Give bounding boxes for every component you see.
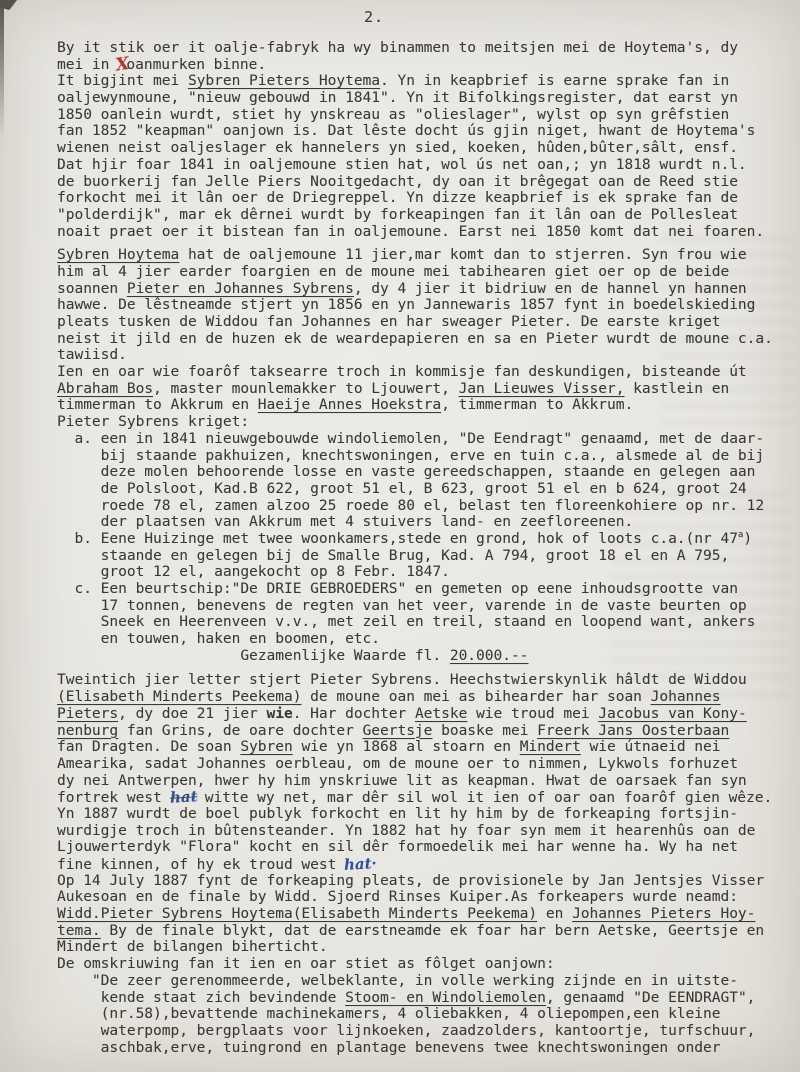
text-segment: Op 14 July 1887 fynt de forkeaping pleat…	[57, 873, 764, 889]
underlined-name: nenburg	[57, 723, 118, 739]
text-line: neist it jild en de huzen ek de weardepa…	[57, 331, 792, 348]
underlined-name: Stoom- en Windoliemolen	[345, 990, 546, 1006]
text-segment: . Har dochter	[293, 706, 415, 722]
text-segment: timmerman to Akkrum en	[57, 397, 258, 413]
text-segment: staande en gelegen bij de Smalle Brug, K…	[57, 548, 729, 564]
text-segment: By it stik oer it oalje-fabryk ha wy bin…	[57, 40, 738, 56]
text-segment: c. Een beurtschip:"De DRIE GEBROEDERS" e…	[57, 581, 738, 597]
text-segment: By de finale blykt, dat de earstneamde e…	[101, 923, 764, 939]
red-x-correction-mark: X	[115, 54, 131, 76]
underlined-name: Sybren Hoytema	[57, 247, 179, 263]
text-line: 17 tonnen, benevens de regten van het ve…	[57, 598, 792, 615]
text-segment: a. een in 1841 nieuwgebouwde windoliemol…	[57, 431, 764, 447]
text-segment: kende staat zich bevindende	[57, 990, 345, 1006]
text-segment: neist it jild en de huzen ek de weardepa…	[57, 331, 773, 347]
text-line: Op 14 July 1887 fynt de forkeaping pleat…	[57, 873, 792, 890]
text-line: It bigjint mei Sybren Pieters Hoytema. Y…	[57, 73, 792, 90]
text-segment: witte wy net, mar dêr sil wol it ien of …	[196, 790, 772, 806]
text-line: tawiisd.	[57, 347, 792, 364]
text-line: bij staande pakhuizen, knechtswoningen, …	[57, 448, 792, 465]
scan-edge-shadow	[0, 0, 4, 140]
text-segment: )	[743, 531, 752, 547]
text-line: Widd.Pieter Sybrens Hoytema(Elisabeth Mi…	[57, 906, 792, 923]
text-line: Abraham Bos, master mounlemakker to Ljou…	[57, 381, 792, 398]
text-line: Pieters, dy doe 21 jier wie. Har dochter…	[57, 706, 792, 723]
text-segment: De omskriuwing fan it ien en oar stiet a…	[57, 956, 555, 972]
underlined-name: Pieters	[57, 706, 118, 722]
text-segment: wie yn 1868 al stoarn en	[293, 739, 520, 755]
text-line: timmerman to Akkrum en Haeije Annes Hoek…	[57, 397, 792, 414]
text-line: mei in Xoanmurken binne.	[57, 57, 792, 74]
text-segment: pleats tusken de Widdou fan Johannes en …	[57, 314, 720, 330]
text-segment: Gezamenlijke Waarde fl.	[57, 648, 450, 664]
underlined-name: Jacobus van Kony-	[598, 706, 746, 722]
underlined-name: Jan Lieuwes Visser,	[459, 381, 625, 397]
text-segment: hawwe. De lêstneamde stjert yn 1856 en y…	[57, 297, 755, 313]
underlined-name: Sybren Pieters Hoytema	[188, 73, 380, 89]
text-segment: It bigjint mei	[57, 73, 188, 89]
text-segment: wurdigje troch in bûtensteander. Yn 1882…	[57, 823, 755, 839]
text-segment: Pieter Sybrens kriget:	[57, 414, 249, 430]
text-segment: waterpomp, bergplaats voor lijnkoeken, z…	[57, 1023, 755, 1039]
text-line: oaljewynmoune, "nieuw gebouwd in 1841". …	[57, 90, 792, 107]
text-segment: aschbak,erve, tuingrond en plantage bene…	[57, 1040, 720, 1056]
text-segment: de Polsloot, Kad.B 622, groot 51 el, B 6…	[57, 481, 747, 497]
text-segment: Yn 1887 wurdt de boel publyk forkocht en…	[57, 806, 738, 822]
text-line: "De zeer gerenommeerde, welbeklante, in …	[57, 973, 792, 990]
text-segment: oaljewynmoune, "nieuw gebouwd in 1841". …	[57, 90, 738, 106]
text-line: Gezamenlijke Waarde fl. 20.000.--	[57, 648, 792, 665]
text-segment: der plaatsen van Akkrum met 4 stuivers l…	[57, 514, 633, 530]
text-line: Yn 1887 wurdt de boel publyk forkocht en…	[57, 806, 792, 823]
text-segment: deze molen behoorende losse en vaste ger…	[57, 464, 755, 480]
text-line: "polderdijk", mar ek dêrnei wurdt by for…	[57, 207, 792, 224]
text-segment: him al 4 jier earder foargien en de moun…	[57, 264, 729, 280]
text-segment: de buorkerij fan Jelle Piers Nooitgedach…	[57, 174, 738, 190]
text-segment: de moune oan mei as bihearder har soan	[301, 689, 650, 705]
text-line: waterpomp, bergplaats voor lijnkoeken, z…	[57, 1023, 792, 1040]
text-line: Mindert de bilangen biherticht.	[57, 939, 792, 956]
text-segment: roede 78 el, zamen alzoo 25 roede 80 el,…	[57, 498, 764, 514]
text-line: Aukesoan en de finale by Widd. Sjoerd Ri…	[57, 889, 792, 906]
underlined-name: Aetske	[415, 706, 467, 722]
text-line: fan Dragten. De soan Sybren wie yn 1868 …	[57, 739, 792, 756]
text-segment: , master mounlemakker to Ljouwert,	[153, 381, 459, 397]
text-segment: wie troud mei	[467, 706, 598, 722]
text-line: Ien en oar wie foarôf taksearre troch in…	[57, 364, 792, 381]
text-line: (nr.58),bevattende machinekamers, 4 olie…	[57, 1006, 792, 1023]
text-segment: tawiisd.	[57, 347, 127, 363]
text-line: 1850 oanlein wurdt, stiet hy ynskreau as…	[57, 107, 792, 124]
text-segment: en	[537, 906, 572, 922]
page-number: 2.	[364, 8, 384, 26]
underlined-name: Geertsje	[363, 723, 433, 739]
underlined-name: Johannes	[651, 689, 721, 705]
text-line: aschbak,erve, tuingrond en plantage bene…	[57, 1040, 792, 1057]
text-segment: Mindert de bilangen biherticht.	[57, 939, 328, 955]
underlined-name: Johannes Pieters Hoy-	[572, 906, 755, 922]
text-line: Sneek en Heerenveen v.v., met zeil en tr…	[57, 614, 792, 631]
text-segment: hat de oaljemoune 11 jier,mar komt dan t…	[179, 247, 746, 263]
text-segment: Tweintich jier letter stjert Pieter Sybr…	[57, 672, 747, 688]
paragraph: By it stik oer it oalje-fabryk ha wy bin…	[57, 40, 792, 240]
text-segment: "polderdijk", mar ek dêrnei wurdt by for…	[57, 207, 738, 223]
text-segment: Amearika, sadat Johannes oerbleau, om de…	[57, 756, 738, 772]
text-line: nenburg fan Grins, de oare dochter Geert…	[57, 723, 792, 740]
text-segment: mei in	[57, 57, 118, 73]
text-line: Ljouwerterdyk "Flora" kocht en sil dêr f…	[57, 839, 792, 856]
text-segment: fortrek west	[57, 790, 171, 806]
text-line: Sybren Hoytema hat de oaljemoune 11 jier…	[57, 247, 792, 264]
text-line: dy nei Antwerpen, hwer hy him ynskriuwe …	[57, 773, 792, 790]
text-segment: Ien en oar wie foarôf taksearre troch in…	[57, 364, 747, 380]
handwritten-insertion: hat·	[344, 855, 378, 873]
text-line: groot 12 el, aangekocht op 8 Febr. 1847.	[57, 564, 792, 581]
text-line: Dat hjir foar 1841 in oaljemoune stien h…	[57, 157, 792, 174]
text-segment: dy nei Antwerpen, hwer hy him ynskriuwe …	[57, 773, 747, 789]
text-segment: "De zeer gerenommeerde, welbeklante, in …	[57, 973, 738, 989]
text-line: fan 1852 "keapman" oanjown is. Dat lêste…	[57, 123, 792, 140]
underlined-name: (Elisabeth Minderts Peekema)	[57, 689, 301, 705]
underlined-name: tema.	[57, 923, 101, 939]
text-segment: 17 tonnen, benevens de regten van het ve…	[57, 598, 747, 614]
text-segment: wie útnaeid nei	[581, 739, 721, 755]
text-line: By it stik oer it oalje-fabryk ha wy bin…	[57, 40, 792, 57]
text-line: c. Een beurtschip:"De DRIE GEBROEDERS" e…	[57, 581, 792, 598]
text-line: de Polsloot, Kad.B 622, groot 51 el, B 6…	[57, 481, 792, 498]
text-line: de buorkerij fan Jelle Piers Nooitgedach…	[57, 174, 792, 191]
text-segment: fan Dragten. De soan	[57, 739, 240, 755]
text-segment: fan 1852 "keapman" oanjown is. Dat lêste…	[57, 123, 755, 139]
text-segment: forkocht mei it lân oer de Driegreppel. …	[57, 190, 738, 206]
text-line: him al 4 jier earder foargien en de moun…	[57, 264, 792, 281]
text-line: staande en gelegen bij de Smalle Brug, K…	[57, 548, 792, 565]
text-line: der plaatsen van Akkrum met 4 stuivers l…	[57, 514, 792, 531]
underlined-name: Freerk Jans Oosterbaan	[537, 723, 729, 739]
text-segment: 1850 oanlein wurdt, stiet hy ynskreau as…	[57, 107, 729, 123]
text-segment: wienen neist oaljeslager ek hannelers yn…	[57, 140, 738, 156]
text-line: wurdigje troch in bûtensteander. Yn 1882…	[57, 823, 792, 840]
paragraph: Sybren Hoytema hat de oaljemoune 11 jier…	[57, 247, 792, 664]
text-line: tema. By de finale blykt, dat de earstne…	[57, 923, 792, 940]
text-segment: fan Grins, de oare dochter	[118, 723, 362, 739]
underlined-name: Haeije Annes Hoekstra	[258, 397, 441, 413]
text-line: hawwe. De lêstneamde stjert yn 1856 en y…	[57, 297, 792, 314]
document-body: By it stik oer it oalje-fabryk ha wy bin…	[57, 40, 792, 1056]
text-line: soannen Pieter en Johannes Sybrens, dy 4…	[57, 281, 792, 298]
text-segment: , timmerman to Akkrum.	[441, 397, 633, 413]
underlined-name: Widd.Pieter Sybrens Hoytema(Elisabeth Mi…	[57, 906, 537, 922]
text-segment: en touwen, haken en boomen, etc.	[57, 631, 380, 647]
underlined-name: Pieter en Johannes Sybrens	[127, 281, 354, 297]
text-segment: wie	[267, 706, 293, 722]
text-line: Amearika, sadat Johannes oerbleau, om de…	[57, 756, 792, 773]
text-segment: Ljouwerterdyk "Flora" kocht en sil dêr f…	[57, 839, 738, 855]
text-segment: . Yn in keapbrief is earne sprake fan in	[380, 73, 729, 89]
text-segment: , genaamd "De EENDRAGT",	[546, 990, 756, 1006]
text-line: en touwen, haken en boomen, etc.	[57, 631, 792, 648]
text-segment: (nr.58),bevattende machinekamers, 4 olie…	[57, 1006, 720, 1022]
text-line: noait praet oer it bistean fan in oaljem…	[57, 224, 792, 241]
text-segment: bij staande pakhuizen, knechtswoningen, …	[57, 448, 764, 464]
text-line: forkocht mei it lân oer de Driegreppel. …	[57, 190, 792, 207]
text-line: fine kinnen, of hy ek troud west hat·	[57, 856, 792, 873]
text-segment: kastlein en	[624, 381, 729, 397]
text-line: (Elisabeth Minderts Peekema) de moune oa…	[57, 689, 792, 706]
underlined-name: Sybren	[240, 739, 292, 755]
text-segment: oanmurken binne.	[126, 57, 266, 73]
text-segment: , dy 4 jier it bidriuw en de hannel yn h…	[354, 281, 747, 297]
paragraph: Tweintich jier letter stjert Pieter Sybr…	[57, 672, 792, 1056]
underlined-name: 20.000.--	[450, 648, 529, 664]
text-segment: , dy doe 21 jier	[118, 706, 266, 722]
text-segment: Sneek en Heerenveen v.v., met zeil en tr…	[57, 614, 755, 630]
text-line: fortrek west hat witte wy net, mar dêr s…	[57, 789, 792, 806]
text-line: De omskriuwing fan it ien en oar stiet a…	[57, 956, 792, 973]
text-segment: noait praet oer it bistean fan in oaljem…	[57, 224, 764, 240]
scanned-typewritten-page: 2. By it stik oer it oalje-fabryk ha wy …	[0, 0, 800, 1072]
text-line: wienen neist oaljeslager ek hannelers yn…	[57, 140, 792, 157]
text-segment: groot 12 el, aangekocht op 8 Febr. 1847.	[57, 564, 450, 580]
text-line: Tweintich jier letter stjert Pieter Sybr…	[57, 672, 792, 689]
underlined-name: Mindert	[520, 739, 581, 755]
text-line: b. Eene Huizinge met twee woonkamers,ste…	[57, 531, 792, 548]
text-line: a. een in 1841 nieuwgebouwde windoliemol…	[57, 431, 792, 448]
text-segment: fine kinnen, of hy ek troud west	[57, 857, 345, 873]
text-segment: Dat hjir foar 1841 in oaljemoune stien h…	[57, 157, 747, 173]
text-line: kende staat zich bevindende Stoom- en Wi…	[57, 990, 792, 1007]
text-segment: boaske mei	[432, 723, 537, 739]
text-segment: b. Eene Huizinge met twee woonkamers,ste…	[57, 531, 738, 547]
text-line: Pieter Sybrens kriget:	[57, 414, 792, 431]
text-segment: Aukesoan en de finale by Widd. Sjoerd Ri…	[57, 889, 738, 905]
text-segment: soannen	[57, 281, 127, 297]
text-line: deze molen behoorende losse en vaste ger…	[57, 464, 792, 481]
text-line: pleats tusken de Widdou fan Johannes en …	[57, 314, 792, 331]
underlined-name: Abraham Bos	[57, 381, 153, 397]
handwritten-insertion: hat	[169, 789, 197, 807]
text-line: roede 78 el, zamen alzoo 25 roede 80 el,…	[57, 498, 792, 515]
